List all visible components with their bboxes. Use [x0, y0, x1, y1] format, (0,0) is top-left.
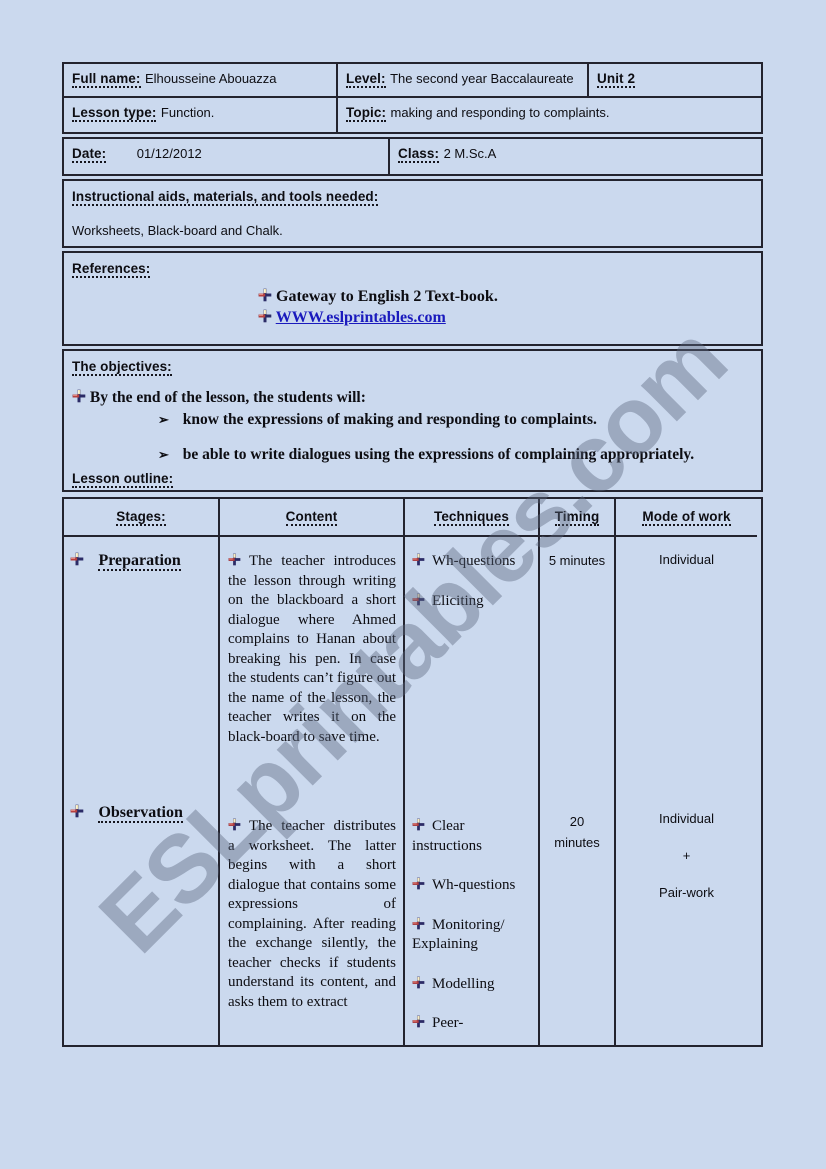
timing-column: 5 minutes 20 minutes: [540, 537, 616, 1045]
plus-bullet-icon: [412, 1015, 425, 1028]
aids-section: Instructional aids, materials, and tools…: [62, 179, 763, 248]
lesson-outline-table: Stages: Content Techniques Timing Mode o…: [62, 497, 763, 1047]
lesson-type-cell: Lesson type: Function.: [64, 98, 338, 132]
plus-bullet-icon: [412, 553, 425, 566]
mode-value: Individual: [616, 552, 757, 567]
technique-item: Wh-questions: [405, 876, 538, 896]
date-cell: Date: 01/12/2012: [64, 139, 390, 174]
reference-item: WWW.eslprintables.com: [258, 309, 753, 327]
topic-value: making and responding to complaints.: [391, 105, 610, 120]
info-table-date: Date: 01/12/2012 Class: 2 M.Sc.A: [62, 137, 763, 176]
plus-bullet-icon: [70, 552, 84, 566]
objective-text: know the expressions of making and respo…: [183, 411, 597, 428]
aids-heading: Instructional aids, materials, and tools…: [72, 189, 378, 206]
col-header-timing: Timing: [540, 499, 616, 537]
unit-label: Unit 2: [597, 71, 635, 88]
lesson-type-label: Lesson type:: [72, 105, 156, 122]
references-heading: References:: [72, 261, 150, 278]
full-name-cell: Full name: Elhousseine Abouazza: [64, 64, 338, 98]
references-list: Gateway to English 2 Text-book. WWW.eslp…: [72, 288, 753, 327]
mode-column: Individual Individual + Pair-work: [616, 537, 757, 1045]
class-label: Class:: [398, 146, 439, 163]
lesson-type-value: Function.: [161, 105, 214, 120]
arrow-bullet-icon: ➢: [158, 447, 169, 462]
technique-item: Eliciting: [405, 592, 538, 612]
eslprintables-link[interactable]: WWW.eslprintables.com: [276, 309, 446, 326]
full-name-label: Full name:: [72, 71, 141, 88]
timing-value: 5 minutes: [549, 553, 605, 568]
arrow-bullet-icon: ➢: [158, 412, 169, 427]
mode-value: Pair-work: [616, 885, 757, 900]
plus-bullet-icon: [412, 818, 425, 831]
mode-plus: +: [616, 848, 757, 863]
col-header-content: Content: [220, 499, 405, 537]
lesson-plan-page: Full name: Elhousseine Abouazza Level: T…: [0, 0, 826, 1169]
date-value: 01/12/2012: [137, 146, 202, 161]
objectives-section: The objectives: By the end of the lesson…: [62, 349, 763, 492]
content-paragraph: The teacher introduces the lesson throug…: [220, 552, 403, 747]
topic-cell: Topic: making and responding to complain…: [338, 98, 761, 132]
content-paragraph: The teacher distributes a worksheet. The…: [220, 817, 403, 1012]
stages-column: Preparation Observation: [64, 537, 220, 1045]
plus-bullet-icon: [228, 818, 241, 831]
stage-label: Preparation: [98, 552, 180, 571]
aids-value: Worksheets, Black-board and Chalk.: [72, 223, 753, 238]
full-name-value: Elhousseine Abouazza: [145, 71, 277, 86]
technique-item: Clear instructions: [405, 817, 538, 856]
col-header-stages: Stages:: [64, 499, 220, 537]
plus-bullet-icon: [412, 877, 425, 890]
col-header-techniques: Techniques: [405, 499, 540, 537]
objective-text: be able to write dialogues using the exp…: [183, 446, 694, 463]
plus-bullet-icon: [258, 288, 272, 302]
mode-value: Individual: [616, 811, 757, 826]
references-section: References: Gateway to English 2 Text-bo…: [62, 251, 763, 346]
plus-bullet-icon: [258, 309, 272, 323]
plus-bullet-icon: [228, 553, 241, 566]
info-table-top: Full name: Elhousseine Abouazza Level: T…: [62, 62, 763, 134]
topic-label: Topic:: [346, 105, 386, 122]
plus-bullet-icon: [72, 389, 86, 403]
stage-observation: Observation: [64, 804, 218, 822]
plus-bullet-icon: [412, 593, 425, 606]
objective-item: ➢ be able to write dialogues using the e…: [72, 446, 753, 464]
technique-item: Peer-: [405, 1014, 538, 1034]
plus-bullet-icon: [412, 917, 425, 930]
objectives-heading: The objectives:: [72, 359, 172, 376]
objective-item: ➢ know the expressions of making and res…: [72, 411, 753, 429]
unit-cell: Unit 2: [589, 64, 761, 98]
objectives-intro: By the end of the lesson, the students w…: [72, 389, 753, 407]
technique-item: Wh-questions: [405, 552, 538, 572]
level-value: The second year Baccalaureate: [390, 71, 574, 86]
techniques-column: Wh-questions Eliciting Clear instruction…: [405, 537, 540, 1045]
level-cell: Level: The second year Baccalaureate: [338, 64, 589, 98]
plus-bullet-icon: [412, 976, 425, 989]
technique-item: Monitoring/ Explaining: [405, 916, 538, 955]
stage-preparation: Preparation: [64, 552, 218, 570]
level-label: Level:: [346, 71, 386, 88]
reference-text: Gateway to English 2 Text-book.: [276, 288, 498, 305]
class-cell: Class: 2 M.Sc.A: [390, 139, 761, 174]
date-label: Date:: [72, 146, 106, 163]
timing-value: 20 minutes: [550, 811, 604, 853]
plus-bullet-icon: [70, 804, 84, 818]
lesson-outline-heading: Lesson outline:: [72, 471, 173, 488]
stage-label: Observation: [98, 804, 182, 823]
reference-item: Gateway to English 2 Text-book.: [258, 288, 753, 306]
document-body: Full name: Elhousseine Abouazza Level: T…: [62, 62, 763, 1047]
content-column: The teacher introduces the lesson throug…: [220, 537, 405, 1045]
technique-item: Modelling: [405, 975, 538, 995]
col-header-mode: Mode of work: [616, 499, 757, 537]
class-value: 2 M.Sc.A: [444, 146, 497, 161]
